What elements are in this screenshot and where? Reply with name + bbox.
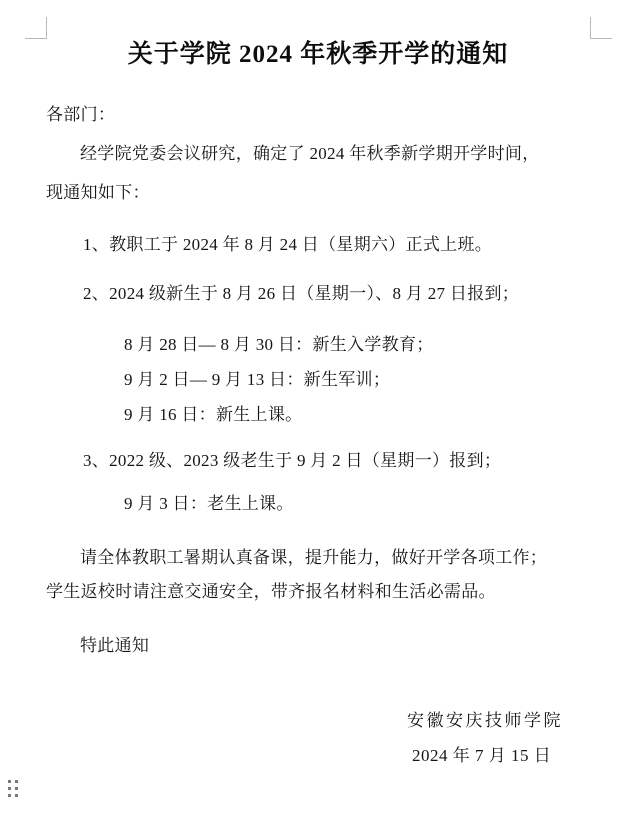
item-2-sub-line-3: 9 月 16 日：新生上课。 (46, 397, 590, 432)
final-note: 特此通知 (46, 628, 590, 663)
document-content: 关于学院 2024 年秋季开学的通知 各部门： 经学院党委会议研究，确定了 20… (0, 0, 636, 773)
item-3-sub-line-1: 9 月 3 日：老生上课。 (46, 486, 590, 521)
document-page[interactable]: 关于学院 2024 年秋季开学的通知 各部门： 经学院党委会议研究，确定了 20… (0, 0, 636, 819)
intro-line-1: 经学院党委会议研究，确定了 2024 年秋季新学期开学时间， (46, 134, 590, 173)
drag-handle-dots-icon (8, 780, 19, 798)
notice-item-3: 3、2022 级、2023 级老生于 9 月 2 日（星期一）报到； (46, 441, 590, 480)
item-2-sub-line-1: 8 月 28 日— 8 月 30 日：新生入学教育； (46, 327, 590, 362)
intro-line-2: 现通知如下： (46, 173, 590, 212)
salutation: 各部门： (46, 95, 590, 134)
signature-org: 安徽安庆技师学院 (46, 703, 590, 738)
closing-line-1: 请全体教职工暑期认真备课，提升能力，做好开学各项工作； (46, 541, 590, 575)
closing-line-2: 学生返校时请注意交通安全，带齐报名材料和生活必需品。 (46, 575, 590, 609)
signature-date: 2024 年 7 月 15 日 (46, 738, 590, 773)
notice-item-1: 1、教职工于 2024 年 8 月 24 日（星期六）正式上班。 (46, 225, 590, 264)
notice-title: 关于学院 2024 年秋季开学的通知 (46, 40, 590, 70)
item-2-sub-line-2: 9 月 2 日— 9 月 13 日：新生军训； (46, 362, 590, 397)
notice-item-2: 2、2024 级新生于 8 月 26 日（星期一）、8 月 27 日报到； (46, 274, 590, 313)
